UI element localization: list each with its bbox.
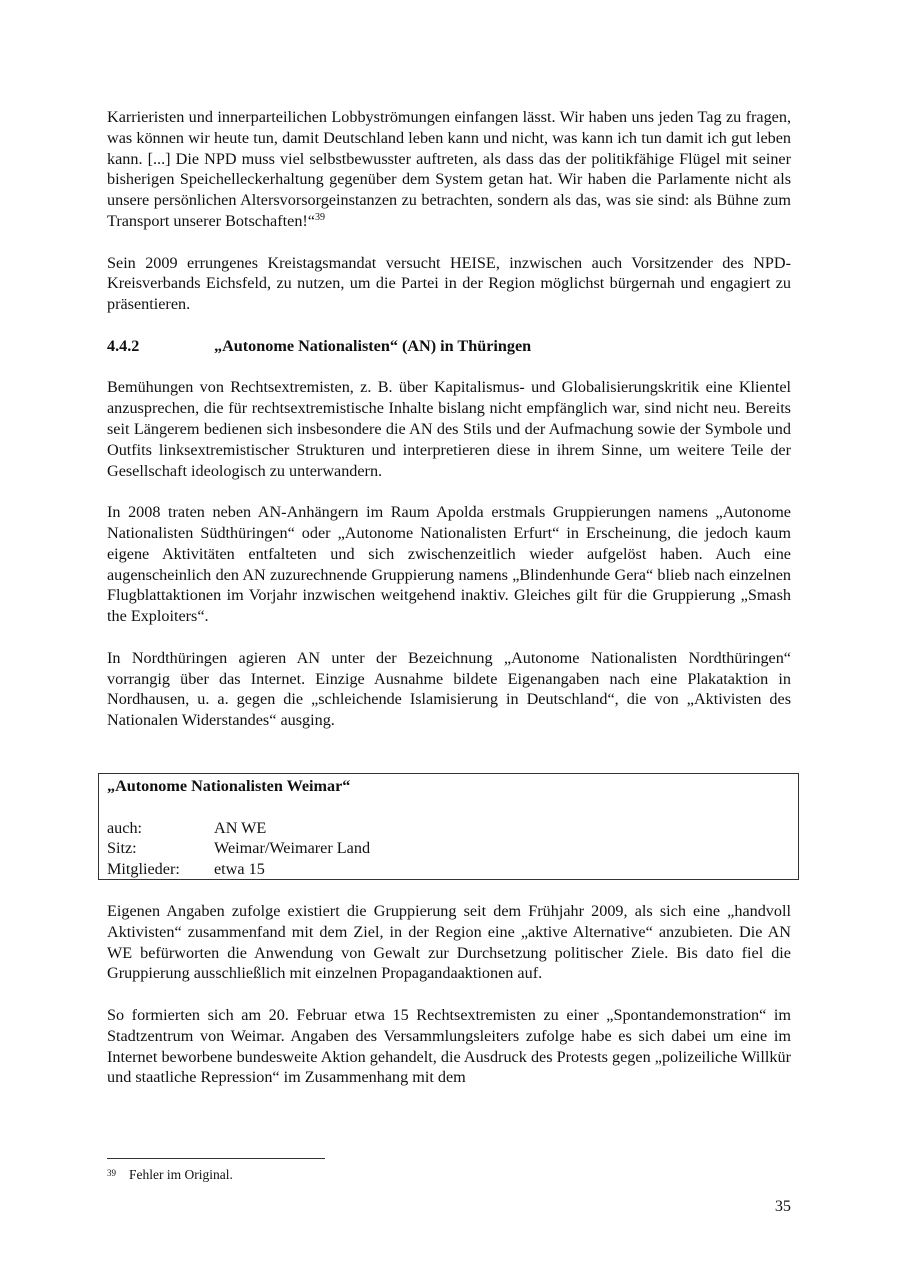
page-body-top: Karrieristen und innerparteilichen Lobby…	[107, 107, 791, 731]
section-number: 4.4.2	[107, 336, 214, 357]
footnote-text: Fehler im Original.	[129, 1166, 233, 1184]
infobox-value: Weimar/Weimarer Land	[214, 838, 370, 859]
organization-infobox: „Autonome Nationalisten Weimar“ auch: AN…	[98, 773, 799, 880]
paragraph-spontandemonstration: So formierten sich am 20. Februar etwa 1…	[107, 1005, 791, 1088]
page-number: 35	[775, 1196, 791, 1216]
footnote-number: 39	[107, 1164, 129, 1182]
infobox-value: etwa 15	[214, 859, 265, 880]
footnote: 39 Fehler im Original.	[107, 1166, 233, 1184]
footnote-reference[interactable]: 39	[315, 212, 325, 223]
infobox-row-sitz: Sitz: Weimar/Weimarer Land	[107, 838, 790, 859]
quote-text: Karrieristen und innerparteilichen Lobby…	[107, 108, 791, 230]
quote-paragraph: Karrieristen und innerparteilichen Lobby…	[107, 107, 791, 232]
paragraph-2008: In 2008 traten neben AN-Anhängern im Rau…	[107, 502, 791, 627]
infobox-label: Mitglieder:	[107, 859, 214, 880]
infobox-title: „Autonome Nationalisten Weimar“	[107, 776, 790, 797]
infobox-row-mitglieder: Mitglieder: etwa 15	[107, 859, 790, 880]
section-heading: 4.4.2 „Autonome Nationalisten“ (AN) in T…	[107, 336, 791, 357]
paragraph-bemuehungen: Bemühungen von Rechtsextremisten, z. B. …	[107, 377, 791, 481]
footnote-separator	[107, 1158, 325, 1159]
infobox-label: Sitz:	[107, 838, 214, 859]
infobox-label: auch:	[107, 818, 214, 839]
paragraph-nordthueringen: In Nordthüringen agieren AN unter der Be…	[107, 648, 791, 731]
infobox-row-auch: auch: AN WE	[107, 818, 790, 839]
page-body-bottom: Eigenen Angaben zufolge existiert die Gr…	[107, 901, 791, 1088]
paragraph-heise: Sein 2009 errungenes Kreistagsmandat ver…	[107, 253, 791, 315]
paragraph-eigenen-angaben: Eigenen Angaben zufolge existiert die Gr…	[107, 901, 791, 984]
infobox-value: AN WE	[214, 818, 266, 839]
section-title: „Autonome Nationalisten“ (AN) in Thüring…	[214, 336, 531, 357]
